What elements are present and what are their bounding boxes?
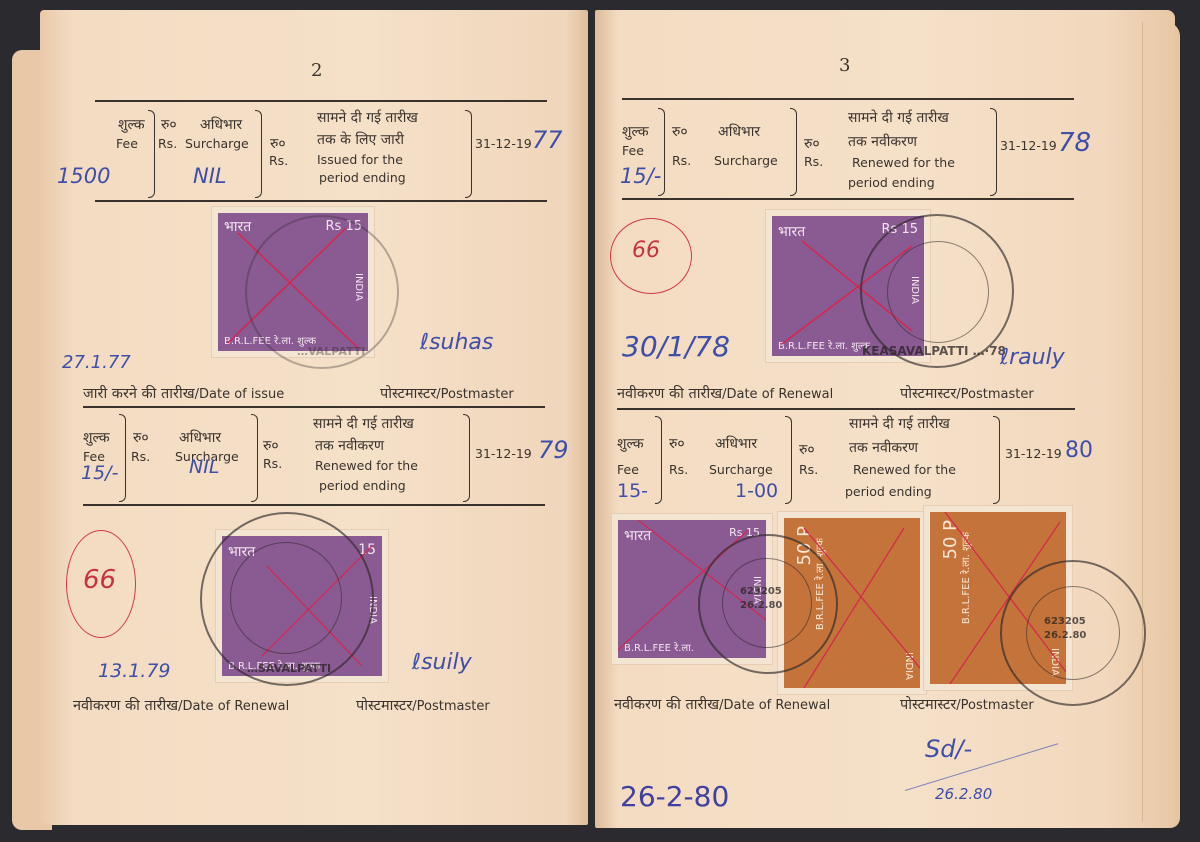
- page-number-3: 3: [839, 55, 850, 76]
- period-end-year-handwritten: 80: [1065, 438, 1093, 463]
- postmaster-label-en: Postmaster: [441, 387, 514, 402]
- rs-label-en: Rs.: [131, 449, 150, 464]
- fee-value-handwritten: 15/-: [81, 462, 118, 484]
- postmark-text: KEASAVALPATTI …·78: [862, 344, 1006, 358]
- fee-label-hi: शुल्क: [617, 434, 644, 453]
- period-label-en-1: Renewed for the: [852, 155, 955, 170]
- postmark-date: 26.2.80: [1044, 630, 1086, 641]
- bracket: [148, 110, 155, 198]
- bracket: [255, 110, 262, 198]
- fee-value-handwritten: 1500: [57, 164, 110, 188]
- date-of-renewal-label: नवीकरण की तारीख/Date of Renewal: [614, 694, 830, 714]
- postmark-text: …VALPATTI: [297, 345, 365, 358]
- bracket: [119, 414, 126, 502]
- rule-bottom: [83, 504, 545, 506]
- bracket: [465, 110, 472, 198]
- rs-label-hi: रु०: [133, 428, 149, 447]
- rs2-label-en: Rs.: [799, 462, 818, 477]
- date-label-hi: नवीकरण की तारीख: [73, 698, 178, 714]
- postmaster-label: पोस्टमास्टर/Postmaster: [356, 695, 490, 715]
- postmaster-label: पोस्टमास्टर/Postmaster: [900, 694, 1034, 714]
- postmaster-label-hi: पोस्टमास्टर: [900, 386, 956, 402]
- surcharge-value-handwritten: NIL: [189, 456, 219, 478]
- bracket: [790, 108, 797, 196]
- fee-label-en: Fee: [622, 143, 644, 158]
- footer-initials: Sd/-: [925, 735, 972, 763]
- postmark-date: 26.2.80: [740, 600, 782, 611]
- period-end-year-handwritten: 77: [532, 126, 563, 154]
- postmaster-label-hi: पोस्टमास्टर: [356, 698, 412, 714]
- rs-label-en: Rs.: [672, 153, 691, 168]
- fold-line: [1142, 22, 1143, 822]
- postmark: KEASAVALPATTI …·78: [860, 214, 1014, 368]
- renewal-date-handwritten: 30/1/78: [622, 330, 730, 363]
- period-end-year-handwritten: 79: [538, 436, 569, 464]
- rs-label-hi: रु०: [669, 434, 685, 453]
- rs2-label-hi: रु०: [804, 134, 820, 153]
- fee-value-handwritten: 15/-: [620, 164, 661, 188]
- period-label-hi-2: तक के लिए जारी: [317, 130, 404, 149]
- postmark-text: …SAVALPATTI: [247, 662, 331, 675]
- rs-label-en: Rs.: [669, 462, 688, 477]
- entry-renewal-1978: शुल्क Fee रु० अधिभार Rs. Surcharge रु० R…: [622, 98, 1072, 208]
- period-label-en-1: Renewed for the: [853, 462, 956, 477]
- date-label-hi: नवीकरण की तारीख: [614, 697, 719, 713]
- surcharge-label-en: Surcharge: [714, 153, 778, 168]
- period-label-en-1: Issued for the: [317, 152, 403, 167]
- surcharge-label-en: Surcharge: [709, 462, 773, 477]
- rs-label-hi: रु०: [161, 115, 177, 134]
- date-of-renewal-label: नवीकरण की तारीख/Date of Renewal: [73, 695, 289, 715]
- period-end-printed: 31-12-19: [475, 446, 532, 461]
- surcharge-label-hi: अधिभार: [718, 122, 760, 141]
- rule-top: [617, 408, 1075, 410]
- bracket: [993, 416, 1000, 504]
- postmaster-label: पोस्टमास्टर/Postmaster: [900, 383, 1034, 403]
- period-end-printed: 31-12-19: [1000, 138, 1057, 153]
- postmaster-label: पोस्टमास्टर/Postmaster: [380, 383, 514, 403]
- rs2-label-en: Rs.: [269, 153, 288, 168]
- surcharge-label-hi: अधिभार: [715, 434, 757, 453]
- date-label-hi: जारी करने की तारीख: [83, 386, 195, 402]
- footer-date-handwritten: 26-2-80: [620, 780, 729, 813]
- rule-bottom: [622, 198, 1074, 200]
- period-label-hi-2: तक नवीकरण: [848, 132, 917, 151]
- rs2-label-hi: रु०: [799, 440, 815, 459]
- date-label-en: Date of Renewal: [182, 699, 289, 714]
- date-label-en: Date of issue: [199, 387, 284, 402]
- footer-initials-date: 26.2.80: [935, 785, 992, 803]
- fee-value-handwritten: 15-: [617, 480, 648, 502]
- rs2-label-en: Rs.: [804, 154, 823, 169]
- surcharge-label-hi: अधिभार: [200, 115, 242, 134]
- period-label-en-2: period ending: [319, 478, 406, 493]
- postmaster-label-hi: पोस्टमास्टर: [380, 386, 436, 402]
- postmark: …VALPATTI: [245, 215, 399, 369]
- fee-label-hi: शुल्क: [118, 115, 145, 134]
- rule-bottom: [95, 200, 547, 202]
- date-label-en: Date of Renewal: [726, 387, 833, 402]
- entry-renewal-1979: शुल्क Fee रु० अधिभार Rs. Surcharge रु० R…: [83, 406, 533, 516]
- period-label-en-2: period ending: [319, 170, 406, 185]
- circled-note-value: 66: [83, 565, 116, 595]
- rs-label-en: Rs.: [158, 136, 177, 151]
- postmaster-label-en: Postmaster: [961, 698, 1034, 713]
- rule-top: [95, 100, 547, 102]
- postmaster-label-en: Postmaster: [417, 699, 490, 714]
- bracket: [785, 416, 792, 504]
- surcharge-label-hi: अधिभार: [179, 428, 221, 447]
- postmaster-signature-1: ℓsuhas: [420, 330, 493, 355]
- fee-label-en: Fee: [116, 136, 138, 151]
- date-label-hi: नवीकरण की तारीख: [617, 386, 722, 402]
- rs2-label-hi: रु०: [270, 134, 286, 153]
- rule-top: [83, 406, 545, 408]
- period-label-en-1: Renewed for the: [315, 458, 418, 473]
- surcharge-value-handwritten: 1-00: [735, 480, 778, 502]
- circled-note-value: 66: [632, 238, 660, 263]
- period-label-en-2: period ending: [848, 175, 935, 190]
- period-end-year-handwritten: 78: [1058, 128, 1091, 158]
- period-label-en-2: period ending: [845, 484, 932, 499]
- postmark-code: 623205: [1044, 616, 1086, 627]
- surcharge-value-handwritten: NIL: [193, 164, 227, 188]
- postmark-code: 623205: [740, 586, 782, 597]
- issue-date-handwritten: 27.1.77: [62, 352, 131, 373]
- fee-label-hi: शुल्क: [83, 428, 110, 447]
- page-number-2: 2: [311, 60, 322, 81]
- rs-label-hi: रु०: [672, 122, 688, 141]
- bracket: [990, 108, 997, 196]
- surcharge-label-en: Surcharge: [185, 136, 249, 151]
- date-label-en: Date of Renewal: [723, 698, 830, 713]
- rs2-label-hi: रु०: [263, 436, 279, 455]
- postmark: 623205 26.2.80: [698, 534, 838, 674]
- bracket: [655, 416, 662, 504]
- bracket: [463, 414, 470, 502]
- bracket: [251, 414, 258, 502]
- postmaster-label-en: Postmaster: [961, 387, 1034, 402]
- renewal-date-handwritten: 13.1.79: [98, 660, 171, 682]
- period-end-printed: 31-12-19: [1005, 446, 1062, 461]
- rule-top: [622, 98, 1074, 100]
- rs2-label-en: Rs.: [263, 456, 282, 471]
- period-label-hi-2: तक नवीकरण: [849, 438, 918, 457]
- period-label-hi-2: तक नवीकरण: [315, 436, 384, 455]
- fee-label-en: Fee: [617, 462, 639, 477]
- period-label-hi-1: सामने दी गई तारीख: [317, 108, 418, 127]
- postmaster-signature-3: ℓrauly: [1000, 345, 1065, 370]
- period-label-hi-1: सामने दी गई तारीख: [848, 108, 949, 127]
- postmaster-label-hi: पोस्टमास्टर: [900, 697, 956, 713]
- date-of-renewal-label: नवीकरण की तारीख/Date of Renewal: [617, 383, 833, 403]
- fee-label-hi: शुल्क: [622, 122, 649, 141]
- entry-renewal-1980: शुल्क Fee रु० अधिभार Rs. Surcharge रु० R…: [617, 408, 1067, 518]
- period-label-hi-1: सामने दी गई तारीख: [313, 414, 414, 433]
- date-of-issue-label: जारी करने की तारीख/Date of issue: [83, 383, 284, 403]
- period-end-printed: 31-12-19: [475, 136, 532, 151]
- period-label-hi-1: सामने दी गई तारीख: [849, 414, 950, 433]
- postmaster-signature-2: ℓsuily: [412, 650, 472, 675]
- postmark: 623205 26.2.80: [1000, 560, 1146, 706]
- postmark: …SAVALPATTI: [200, 512, 374, 686]
